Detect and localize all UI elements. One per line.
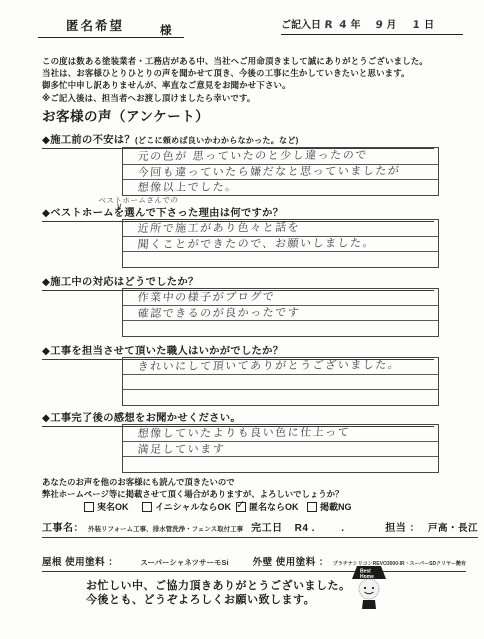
customer-name-text: 匿名希望	[66, 19, 124, 33]
project-name-value: 外装リフォーム工事、排水管洗浄・フェンス取付工事	[88, 524, 243, 533]
staff-value: 戸高・長江	[428, 520, 478, 534]
project-name-label: 工事名：	[42, 519, 84, 534]
question-4-answer-box: きれいにして頂いてありがとうございました。	[122, 357, 439, 406]
consent-line: あなたのお声を他のお客様にも読んで頂きたいので	[42, 476, 462, 488]
consent-option-label: 実名OK	[97, 500, 129, 513]
handwritten-answer: 想像していたよりも良い色に仕上って	[137, 423, 351, 440]
question-3-heading-text: ◆施工中の対応はどうでしたか？	[42, 277, 199, 288]
handwritten-answer: きれいにして頂いてありがとうございました。	[137, 356, 401, 374]
entry-date-day: 1	[412, 19, 422, 31]
paints-info-row: 屋根 使用塗料 ： スーパーシャネツサーモSi 外壁 使用塗料 ： プラチナシリ…	[42, 554, 466, 572]
handwritten-answer: 今回も違っていたら嫌だなと思っていましたが	[137, 162, 401, 180]
question-5-heading-text: ◆工事完了後の感想をお聞かせください。	[42, 413, 241, 424]
consent-option-label: 匿名ならOK	[249, 500, 299, 513]
handwritten-answer: 聞くことができたので、お願いしました。	[137, 234, 376, 252]
intro-line: この度は数ある塗装業者・工務店がある中、当社へご用命頂きまして誠にありがとうござ…	[42, 55, 462, 67]
survey-document: 匿名希望 様 ご記入日 R 4 年 9 月 1 日 この度は数ある塗装業者・工務…	[0, 0, 484, 639]
checkbox-icon	[142, 502, 152, 512]
best-home-mascot-logo: Best Home	[349, 564, 389, 612]
completion-date-label: 完工日	[251, 519, 283, 534]
question-5-answer-box: 想像していたよりも良い色に仕上って 満足しています	[122, 424, 439, 473]
question-1-heading-text: ◆施工前の不安は？	[42, 135, 135, 146]
question-4-heading-text: ◆工事を担当させて頂いた職人はいかがでしたか？	[42, 346, 283, 357]
roof-paint-label: 屋根 使用塗料 ：	[42, 554, 118, 568]
entry-date-month: 9	[375, 19, 385, 31]
handwritten-answer: 想像以上でした。	[137, 179, 238, 196]
wall-paint-label: 外壁 使用塗料 ：	[253, 554, 329, 568]
entry-date-era: R 4	[324, 19, 349, 31]
question-1-answer-box: 元の色が 思っていたのと少し違ったので 今回も違っていたら嫌だなと思っていました…	[122, 147, 439, 196]
handwritten-answer: 満足しています	[137, 440, 226, 457]
footer-message: お忙しい中、ご協力頂きありがとうございました。 今後とも、どうぞよろしくお願い致…	[86, 580, 351, 607]
roof-paint-value: スーパーシャネツサーモSi	[140, 557, 228, 568]
consent-option-anonymous: 匿名ならOK	[236, 500, 299, 513]
handwritten-answer: 作業中の様子がブログで	[137, 288, 276, 305]
intro-line: 御多忙中申し訳ありませんが、率直なご意見をお聞かせ下さい。	[42, 79, 462, 91]
handwritten-answer: 元の色が 思っていたのと少し違ったので	[137, 146, 368, 164]
checkbox-icon	[84, 502, 94, 512]
checkbox-checked-icon	[236, 502, 246, 512]
entry-date-label: ご記入日	[281, 16, 321, 31]
question-1-heading-note: (どこに頼めば良いかわからなかった。など)	[135, 136, 299, 145]
footer-line: お忙しい中、ご協力頂きありがとうございました。	[86, 580, 351, 594]
handwritten-answer: 確認できるのが良かったです	[137, 304, 301, 321]
question-2-heading-text: ◆ベストホームを選んで下さった理由は何ですか？	[42, 208, 283, 219]
question-2-answer-box: 近所で施工があり色々と話を 聞くことができたので、お願いしました。	[122, 219, 439, 268]
project-info-row: 工事名： 外装リフォーム工事、排水管洗浄・フェンス取付工事 完工日 R4 . .…	[42, 519, 478, 538]
intro-paragraph: この度は数ある塗装業者・工務店がある中、当社へご用命頂きまして誠にありがとうござ…	[42, 55, 462, 104]
staff-label: 担当 ：	[385, 519, 420, 534]
entry-date: ご記入日 R 4 年 9 月 1 日	[281, 16, 463, 35]
consent-option-initials: イニシャルならOK	[142, 500, 231, 513]
consent-option-realname: 実名OK	[84, 500, 129, 513]
consent-line: 弊社ホームページ等に掲載させて頂く場合がありますが、よろしいでしょうか？	[42, 488, 462, 500]
intro-line: ※ご記入後は、担当者へお渡し頂けましたら幸いです。	[42, 92, 462, 104]
consent-option-label: イニシャルならOK	[155, 500, 231, 513]
entry-date-day-suffix: 日	[424, 16, 434, 31]
handwritten-answer: 近所で施工があり色々と話を	[137, 219, 301, 236]
footer-line: 今後とも、どうぞよろしくお願い致します。	[86, 594, 351, 608]
entry-date-month-suffix: 月	[386, 16, 396, 31]
consent-option-ng: 掲載NG	[307, 500, 352, 513]
question-3-answer-box: 作業中の様子がブログで 確認できるのが良かったです	[122, 288, 439, 337]
consent-paragraph: あなたのお声を他のお客様にも読んで頂きたいので 弊社ホームページ等に掲載させて頂…	[42, 476, 462, 500]
checkbox-icon	[307, 502, 317, 512]
page-title: お客様の声（アンケート）	[42, 105, 209, 125]
entry-date-era-suffix: 年	[351, 16, 361, 31]
honorific-label: 様	[160, 22, 172, 38]
intro-line: 当社は、お客様ひとりひとりの声を聞かせて頂き、今後の工事に生かしていきたいと思い…	[42, 67, 462, 79]
completion-date-value: R4 . .	[295, 523, 345, 534]
consent-option-label: 掲載NG	[320, 500, 352, 513]
